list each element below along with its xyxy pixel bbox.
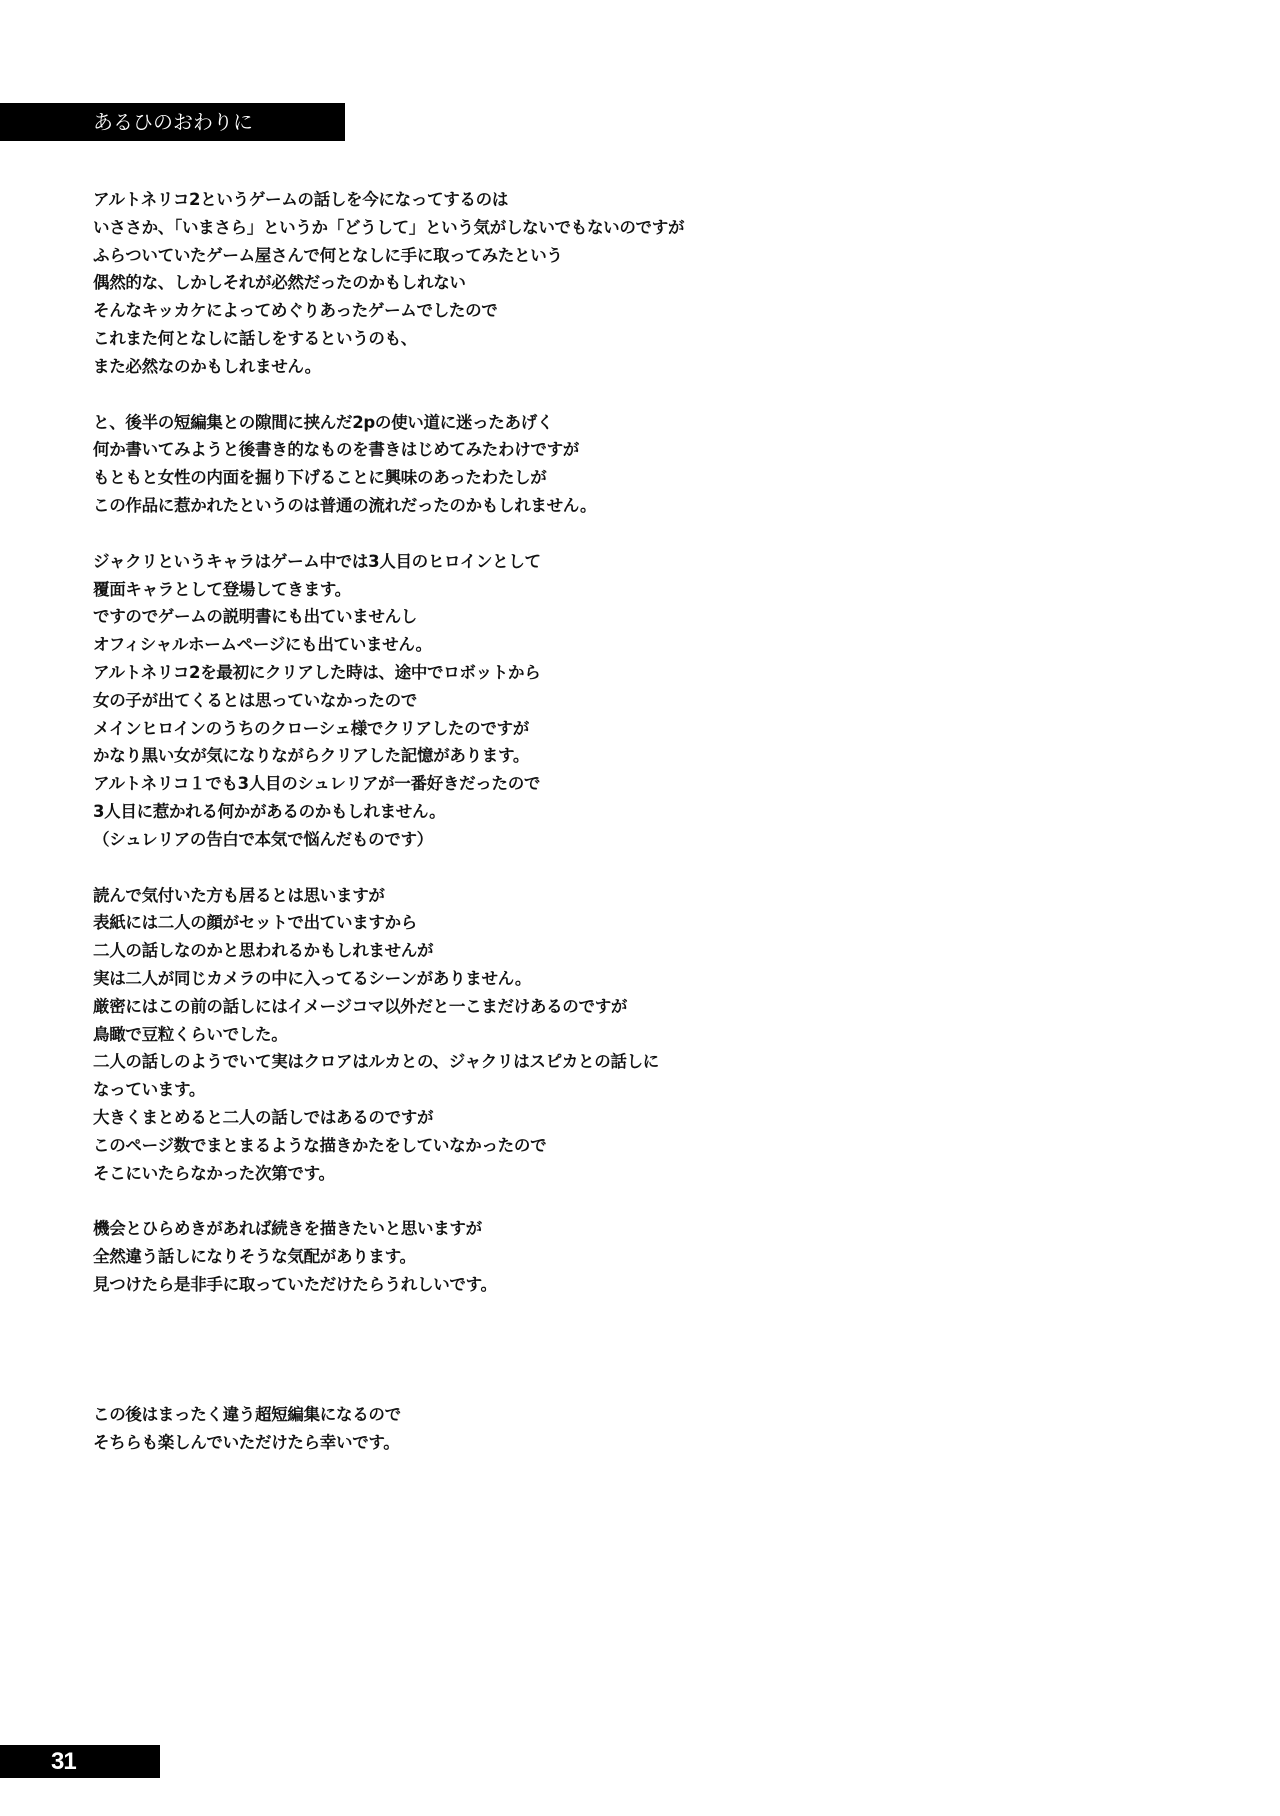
text-line: 偶然的な、しかしそれが必然だったのかもしれない	[93, 269, 713, 297]
text-line: 厳密にはこの前の話しにはイメージコマ以外だと一こまだけあるのですが	[93, 993, 713, 1021]
text-line: かなり黒い女が気になりながらクリアした記憶があります。	[93, 742, 713, 770]
text-line: そんなキッカケによってめぐりあったゲームでしたので	[93, 297, 713, 325]
text-line: 女の子が出てくるとは思っていなかったので	[93, 687, 713, 715]
text-line: 鳥瞰で豆粒くらいでした。	[93, 1021, 713, 1049]
text-line: アルトネリコ１でも3人目のシュレリアが一番好きだったので	[93, 770, 713, 798]
text-line: アルトネリコ2というゲームの話しを今になってするのは	[93, 186, 713, 214]
paragraph-4: 読んで気付いた方も居るとは思いますが 表紙には二人の顔がセットで出ていますから …	[93, 882, 713, 1188]
paragraph-1: アルトネリコ2というゲームの話しを今になってするのは いささか、「いまさら」とい…	[93, 186, 713, 381]
section-title: あるひのおわりに	[93, 110, 253, 134]
afterword-body: アルトネリコ2というゲームの話しを今になってするのは いささか、「いまさら」とい…	[93, 186, 713, 1327]
text-line: アルトネリコ2を最初にクリアした時は、途中でロボットから	[93, 659, 713, 687]
closing-note: この後はまったく違う超短編集になるので そちらも楽しんでいただけたら幸いです。	[93, 1401, 713, 1457]
text-line: 二人の話しなのかと思われるかもしれませんが	[93, 937, 713, 965]
text-line: 覆面キャラとして登場してきます。	[93, 576, 713, 604]
text-line: このページ数でまとまるような描きかたをしていなかったので	[93, 1132, 713, 1160]
paragraph-2: と、後半の短編集との隙間に挟んだ2pの使い道に迷ったあげく 何か書いてみようと後…	[93, 409, 713, 520]
text-line: そこにいたらなかった次第です。	[93, 1160, 713, 1188]
text-line: この後はまったく違う超短編集になるので	[93, 1401, 713, 1429]
text-line: 何か書いてみようと後書き的なものを書きはじめてみたわけですが	[93, 436, 713, 464]
text-line: なっています。	[93, 1076, 713, 1104]
text-line: いささか、「いまさら」というか「どうして」という気がしないでもないのですが	[93, 214, 713, 242]
text-line: この作品に惹かれたというのは普通の流れだったのかもしれません。	[93, 492, 713, 520]
text-line: 二人の話しのようでいて実はクロアはルカとの、ジャクリはスピカとの話しに	[93, 1048, 713, 1076]
text-line: 機会とひらめきがあれば続きを描きたいと思いますが	[93, 1215, 713, 1243]
text-line: オフィシャルホームページにも出ていません。	[93, 631, 713, 659]
text-line: ふらついていたゲーム屋さんで何となしに手に取ってみたという	[93, 242, 713, 270]
text-line: 3人目に惹かれる何かがあるのかもしれません。	[93, 798, 713, 826]
page-number-bar: 31	[0, 1745, 160, 1778]
text-line: また必然なのかもしれません。	[93, 353, 713, 381]
paragraph-5: 機会とひらめきがあれば続きを描きたいと思いますが 全然違う話しになりそうな気配が…	[93, 1215, 713, 1298]
text-line: そちらも楽しんでいただけたら幸いです。	[93, 1429, 713, 1457]
text-line: 実は二人が同じカメラの中に入ってるシーンがありません。	[93, 965, 713, 993]
text-line: これまた何となしに話しをするというのも、	[93, 325, 713, 353]
text-line: と、後半の短編集との隙間に挟んだ2pの使い道に迷ったあげく	[93, 409, 713, 437]
text-line: メインヒロインのうちのクローシェ様でクリアしたのですが	[93, 715, 713, 743]
text-line: （シュレリアの告白で本気で悩んだものです）	[93, 826, 713, 854]
paragraph-3: ジャクリというキャラはゲーム中では3人目のヒロインとして 覆面キャラとして登場し…	[93, 548, 713, 854]
text-line: もともと女性の内面を掘り下げることに興味のあったわたしが	[93, 464, 713, 492]
text-line: 表紙には二人の顔がセットで出ていますから	[93, 909, 713, 937]
text-line: 全然違う話しになりそうな気配があります。	[93, 1243, 713, 1271]
text-line: 読んで気付いた方も居るとは思いますが	[93, 882, 713, 910]
text-line: 大きくまとめると二人の話しではあるのですが	[93, 1104, 713, 1132]
text-line: 見つけたら是非手に取っていただけたらうれしいです。	[93, 1271, 713, 1299]
page-number: 31	[51, 1748, 76, 1775]
text-line: ですのでゲームの説明書にも出ていませんし	[93, 603, 713, 631]
section-title-bar: あるひのおわりに	[0, 103, 345, 141]
text-line: ジャクリというキャラはゲーム中では3人目のヒロインとして	[93, 548, 713, 576]
